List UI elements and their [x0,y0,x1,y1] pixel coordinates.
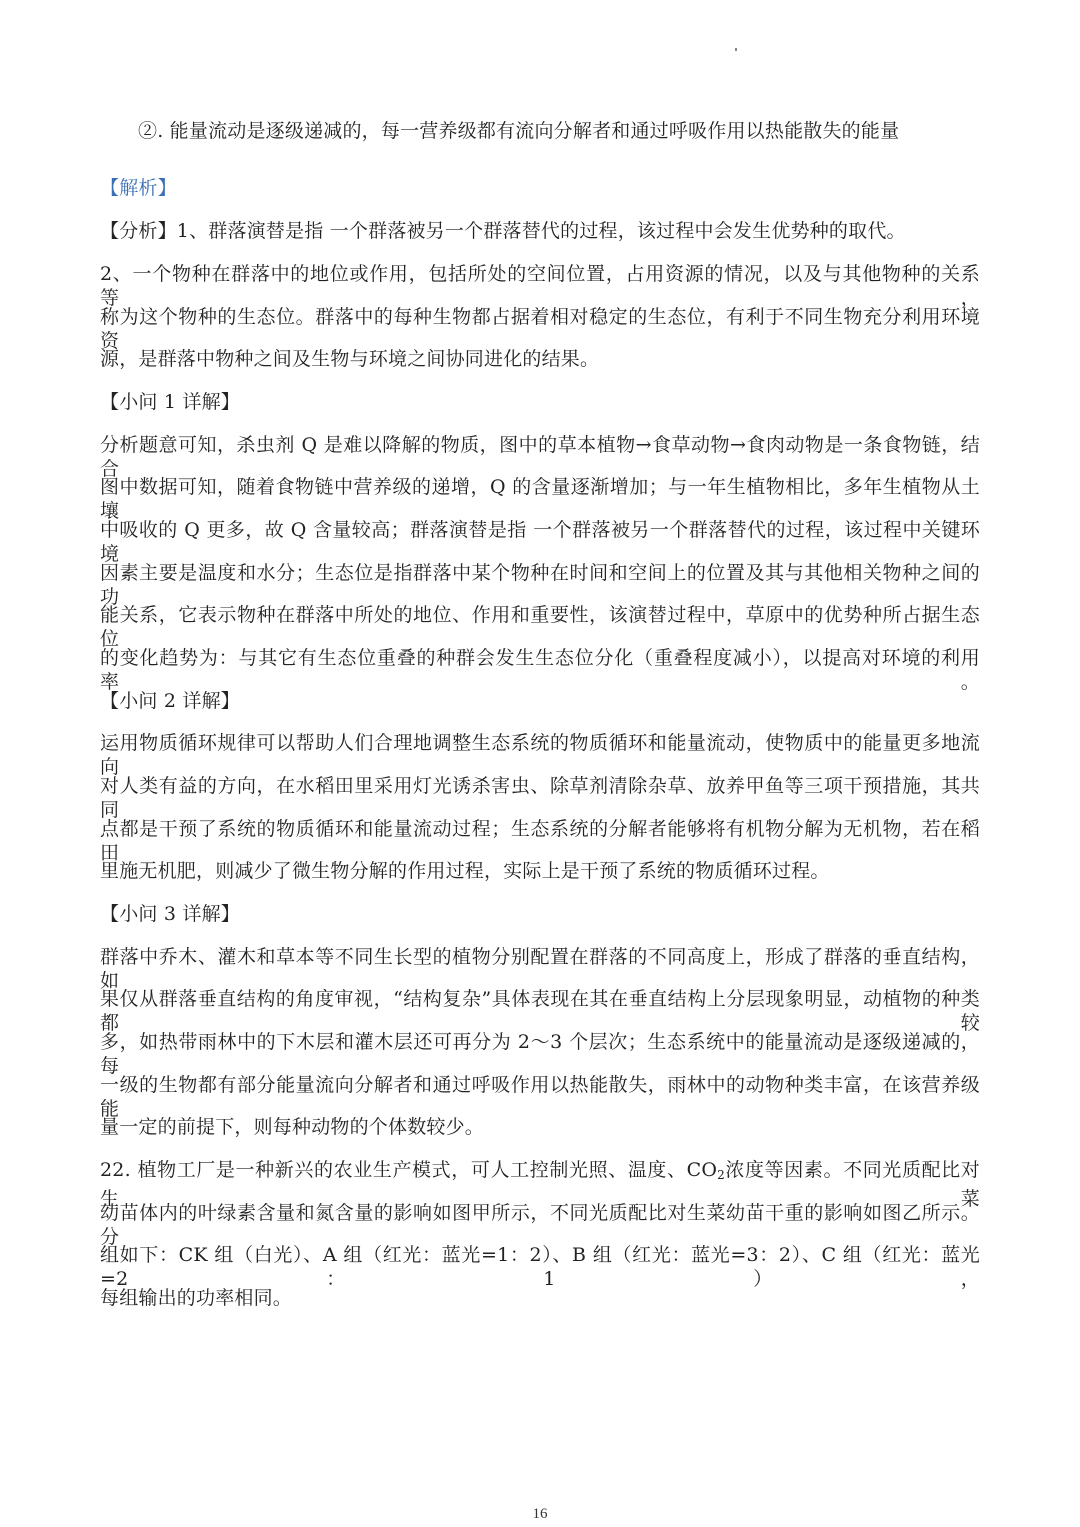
question-22-line: 每组输出的功率相同。 [100,1286,292,1310]
question-22-line: 幼苗体内的叶绿素含量和氮含量的影响如图甲所示，不同光质配比对生菜幼苗干重的影响如… [100,1201,980,1249]
stray-mark [735,48,737,51]
analysis-line: 2、一个物种在群落中的地位或作用，包括所处的空间位置，占用资源的情况，以及与其他… [100,262,980,310]
q1-line: 分析题意可知，杀虫剂 Q 是难以降解的物质，图中的草本植物→食草动物→食肉动物是… [100,433,980,481]
q3-line: 果仅从群落垂直结构的角度审视，“结构复杂”具体表现在其在垂直结构上分层现象明显，… [100,987,980,1035]
q3-line: 多，如热带雨林中的下木层和灌木层还可再分为 2～3 个层次；生态系统中的能量流动… [100,1030,980,1078]
q3-line: 量一定的前提下，则每种动物的个体数较少。 [100,1115,484,1139]
answer-line: ②. 能量流动是逐级递减的，每一营养级都有流向分解者和通过呼吸作用以热能散失的能… [138,119,899,143]
document-page: ②. 能量流动是逐级递减的，每一营养级都有流向分解者和通过呼吸作用以热能散失的能… [0,0,1080,1527]
q3-line: 群落中乔木、灌木和草本等不同生长型的植物分别配置在群落的不同高度上，形成了群落的… [100,945,980,993]
q3-heading: 【小问 3 详解】 [100,902,240,926]
page-number: 16 [0,1506,1080,1523]
q1-line: 因素主要是温度和水分；生态位是指群落中某个物种在时间和空间上的位置及其与其他相关… [100,561,980,609]
analysis-line: 【分析】1、群落演替是指 一个群落被另一个群落替代的过程，该过程中会发生优势种的… [100,219,906,243]
co2-subscript: 2 [717,1168,725,1182]
q2-heading: 【小问 2 详解】 [100,689,240,713]
analysis-line: 源，是群落中物种之间及生物与环境之间协同进化的结果。 [100,347,599,371]
q1-line: 中吸收的 Q 更多，故 Q 含量较高；群落演替是指 一个群落被另一个群落替代的过… [100,518,980,566]
q1-line: 图中数据可知，随着食物链中营养级的递增，Q 的含量逐渐增加；与一年生植物相比，多… [100,475,980,523]
q1-heading: 【小问 1 详解】 [100,390,240,414]
question-22-text: 22. 植物工厂是一种新兴的农业生产模式，可人工控制光照、温度、CO [100,1159,717,1181]
question-22-line: 组如下：CK 组（白光）、A 组（红光：蓝光=1：2）、B 组（红光：蓝光=3：… [100,1243,980,1291]
q2-line: 点都是干预了系统的物质循环和能量流动过程；生态系统的分解者能够将有机物分解为无机… [100,817,980,865]
q1-line: 能关系，它表示物种在群落中所处的地位、作用和重要性，该演替过程中，草原中的优势种… [100,603,980,651]
q2-line: 运用物质循环规律可以帮助人们合理地调整生态系统的物质循环和能量流动，使物质中的能… [100,731,980,779]
q2-line: 里施无机肥，则减少了微生物分解的作用过程，实际上是干预了系统的物质循环过程。 [100,859,830,883]
q1-line: 的变化趋势为：与其它有生态位重叠的种群会发生生态位分化（重叠程度减小），以提高对… [100,646,980,694]
analysis-line: 称为这个物种的生态位。群落中的每种生物都占据着相对稳定的生态位，有利于不同生物充… [100,305,980,353]
q3-line: 一级的生物都有部分能量流向分解者和通过呼吸作用以热能散失，雨林中的动物种类丰富，… [100,1073,980,1121]
analysis-label: 【解析】 [100,176,177,200]
q2-line: 对人类有益的方向，在水稻田里采用灯光诱杀害虫、除草剂清除杂草、放养甲鱼等三项干预… [100,774,980,822]
